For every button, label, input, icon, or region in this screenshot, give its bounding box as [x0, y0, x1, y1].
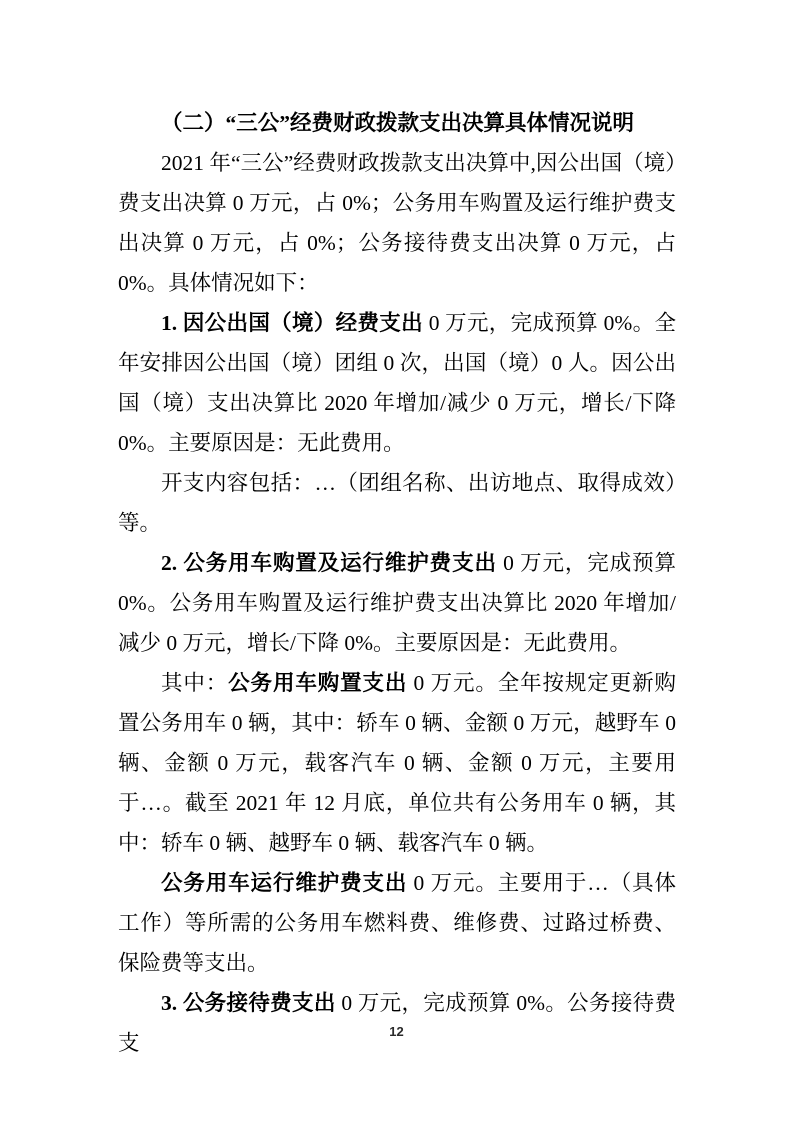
text-run-bold: 公务用车购置支出	[228, 671, 407, 695]
text-run: 2021 年“三公”经费财政拨款支出决算中,因公出国（境）费支出决算 0 万元，…	[118, 151, 676, 295]
page-number: 12	[0, 1024, 793, 1039]
document-body: （二）“三公”经费财政拨款支出决算具体情况说明 2021 年“三公”经费财政拨款…	[118, 103, 676, 1063]
paragraph-vehicle-purchase: 其中：公务用车购置支出 0 万元。全年按规定更新购置公务用车 0 辆，其中：轿车…	[118, 663, 676, 863]
document-page: （二）“三公”经费财政拨款支出决算具体情况说明 2021 年“三公”经费财政拨款…	[0, 0, 793, 1122]
paragraph-vehicle-expense: 2. 公务用车购置及运行维护费支出 0 万元，完成预算 0%。公务用车购置及运行…	[118, 543, 676, 663]
text-run-bold: 公务用车运行维护费支出	[161, 871, 407, 895]
text-run-bold: 3. 公务接待费支出	[161, 991, 336, 1015]
text-run: 其中：	[161, 671, 228, 695]
paragraph-abroad-expense: 1. 因公出国（境）经费支出 0 万元，完成预算 0%。全年安排因公出国（境）团…	[118, 303, 676, 463]
text-run-bold: 2. 公务用车购置及运行维护费支出	[161, 551, 497, 575]
paragraph-overview: 2021 年“三公”经费财政拨款支出决算中,因公出国（境）费支出决算 0 万元，…	[118, 143, 676, 303]
text-run: 开支内容包括：…（团组名称、出访地点、取得成效）等。	[118, 471, 676, 535]
text-run: 0 万元。全年按规定更新购置公务用车 0 辆，其中：轿车 0 辆、金额 0 万元…	[118, 671, 676, 855]
paragraph-reception-expense: 3. 公务接待费支出 0 万元，完成预算 0%。公务接待费支	[118, 983, 676, 1063]
text-run-bold: 1. 因公出国（境）经费支出	[161, 311, 423, 335]
paragraph-abroad-content: 开支内容包括：…（团组名称、出访地点、取得成效）等。	[118, 463, 676, 543]
section-heading: （二）“三公”经费财政拨款支出决算具体情况说明	[118, 103, 676, 143]
paragraph-vehicle-maintenance: 公务用车运行维护费支出 0 万元。主要用于…（具体工作）等所需的公务用车燃料费、…	[118, 863, 676, 983]
section-heading-text: （二）“三公”经费财政拨款支出决算具体情况说明	[161, 111, 634, 135]
